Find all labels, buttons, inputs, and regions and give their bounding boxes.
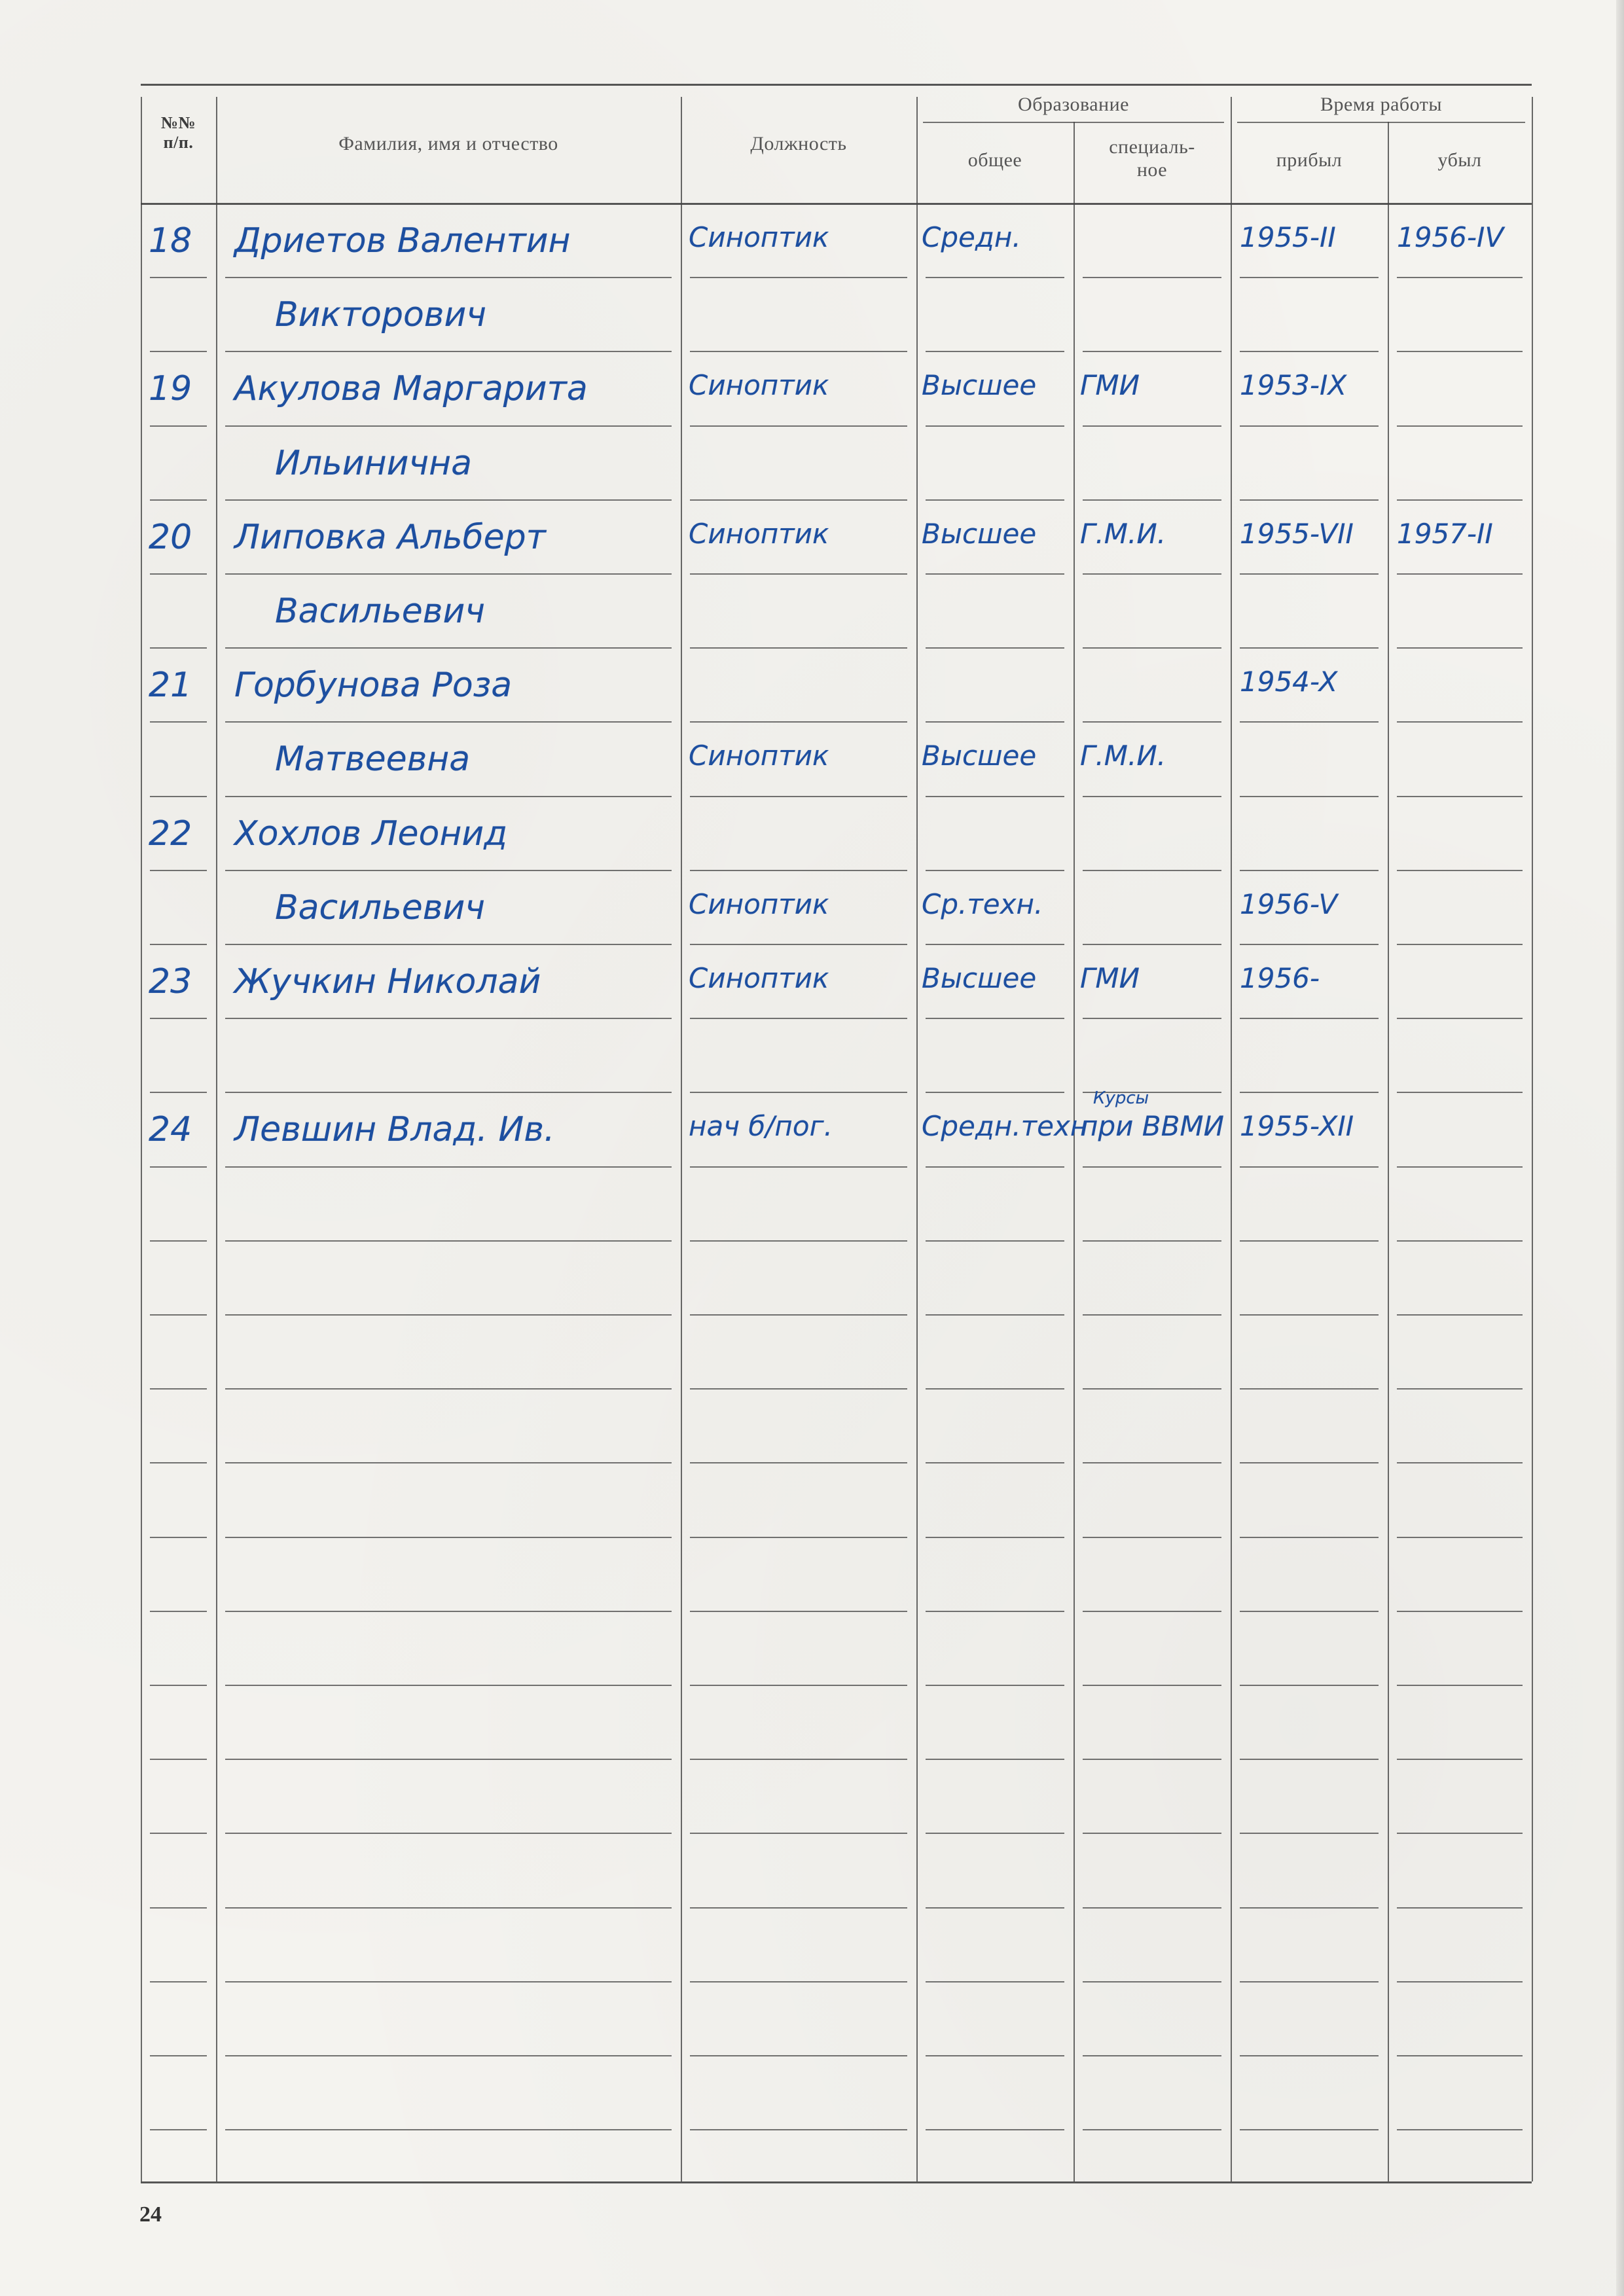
grid-line xyxy=(690,1537,907,1538)
grid-line xyxy=(225,277,672,278)
grid-line xyxy=(1083,1833,1221,1834)
grid-line xyxy=(150,870,207,871)
grid-line xyxy=(225,499,672,501)
grid-line xyxy=(926,796,1064,797)
grid-line xyxy=(1083,870,1221,871)
grid-line xyxy=(1240,1685,1379,1686)
grid-line xyxy=(1083,1759,1221,1760)
grid-line xyxy=(150,1092,207,1093)
entry-arrived: 1955-VII xyxy=(1240,518,1354,550)
grid-line xyxy=(225,2055,672,2056)
grid-line xyxy=(690,1166,907,1168)
grid-line xyxy=(150,1537,207,1538)
grid-line xyxy=(1231,97,1232,2181)
grid-line xyxy=(150,796,207,797)
grid-line xyxy=(1397,1240,1523,1242)
grid-line xyxy=(690,1685,907,1686)
entry-left: 1957-II xyxy=(1397,518,1493,550)
grid-line xyxy=(1240,351,1379,352)
grid-line xyxy=(690,870,907,871)
grid-line xyxy=(225,1166,672,1168)
grid-line xyxy=(1083,277,1221,278)
grid-line xyxy=(225,1092,672,1093)
grid-line xyxy=(150,425,207,427)
entry-number: 24 xyxy=(149,1110,192,1149)
entry-education-special: ГМИ xyxy=(1080,369,1140,401)
header-education-special-line1: специаль- xyxy=(1074,136,1231,159)
grid-line xyxy=(690,1018,907,1019)
grid-line xyxy=(1240,647,1379,649)
grid-line xyxy=(1397,944,1523,945)
grid-line xyxy=(1240,425,1379,427)
entry-left: 1956-IV xyxy=(1397,221,1504,253)
header-arrived: прибыл xyxy=(1231,149,1388,172)
grid-line xyxy=(1397,2055,1523,2056)
grid-line xyxy=(225,573,672,575)
grid-line xyxy=(1240,2129,1379,2130)
grid-line xyxy=(690,1907,907,1909)
grid-line xyxy=(225,2129,672,2130)
entry-position: Синоптик xyxy=(689,888,829,920)
grid-line xyxy=(926,277,1064,278)
entry-number: 19 xyxy=(149,369,192,408)
grid-line xyxy=(926,1240,1064,1242)
entry-arrived: 1953-IX xyxy=(1240,369,1346,401)
entry-number: 21 xyxy=(149,666,192,705)
entry-name: Горбунова Роза xyxy=(234,666,512,705)
entry-education-special: ГМИ xyxy=(1080,962,1140,994)
grid-line xyxy=(926,1685,1064,1686)
grid-line xyxy=(1083,1018,1221,1019)
grid-line xyxy=(1240,1092,1379,1093)
grid-line xyxy=(150,721,207,723)
grid-line xyxy=(926,1833,1064,1834)
grid-line xyxy=(926,2129,1064,2130)
entry-arrived: 1956- xyxy=(1240,962,1320,994)
grid-line xyxy=(1240,277,1379,278)
grid-line xyxy=(1083,425,1221,427)
entry-education-general: Высшее xyxy=(922,740,1036,772)
entry-name-continued: Васильевич xyxy=(275,592,485,631)
grid-line xyxy=(1388,122,1389,2181)
grid-line xyxy=(1240,944,1379,945)
grid-line xyxy=(1397,796,1523,797)
grid-line xyxy=(1083,1611,1221,1612)
grid-line xyxy=(1397,2129,1523,2130)
header-num-line2: п/п. xyxy=(141,133,216,152)
grid-line xyxy=(1237,122,1525,123)
grid-line xyxy=(225,1018,672,1019)
grid-line xyxy=(1397,573,1523,575)
grid-line xyxy=(926,1018,1064,1019)
grid-line xyxy=(690,1092,907,1093)
grid-line xyxy=(690,2129,907,2130)
grid-line xyxy=(1240,499,1379,501)
grid-line xyxy=(150,1388,207,1390)
grid-line xyxy=(1083,499,1221,501)
entry-position: нач б/пог. xyxy=(689,1110,833,1142)
grid-line xyxy=(150,1981,207,1982)
grid-line xyxy=(225,1314,672,1316)
grid-line xyxy=(1240,1759,1379,1760)
grid-line xyxy=(1083,573,1221,575)
grid-line xyxy=(1240,1240,1379,1242)
header-left: убыл xyxy=(1388,149,1532,172)
grid-line xyxy=(1083,1685,1221,1686)
grid-line xyxy=(1240,1166,1379,1168)
page-number: 24 xyxy=(139,2202,162,2227)
grid-line xyxy=(150,1018,207,1019)
grid-line xyxy=(150,647,207,649)
entry-name-continued: Матвеевна xyxy=(275,740,470,779)
grid-line xyxy=(141,203,1532,205)
entry-education-general: Высшее xyxy=(922,369,1036,401)
entry-arrived: 1956-V xyxy=(1240,888,1337,920)
header-position: Должность xyxy=(681,133,916,156)
grid-line xyxy=(1083,944,1221,945)
entry-name: Дриетов Валентин xyxy=(234,221,571,260)
grid-line xyxy=(225,944,672,945)
grid-line xyxy=(150,2055,207,2056)
grid-line xyxy=(1083,647,1221,649)
grid-line xyxy=(926,1981,1064,1982)
grid-line xyxy=(225,1462,672,1463)
grid-line xyxy=(1083,2129,1221,2130)
entry-education-general: Ср.техн. xyxy=(922,888,1043,920)
grid-line xyxy=(926,1388,1064,1390)
grid-line xyxy=(926,944,1064,945)
grid-line xyxy=(1240,1907,1379,1909)
grid-line xyxy=(926,1462,1064,1463)
entry-education-special: Г.М.И. xyxy=(1080,518,1166,550)
grid-line xyxy=(1083,1907,1221,1909)
grid-line xyxy=(1240,1314,1379,1316)
grid-line xyxy=(926,2055,1064,2056)
grid-line xyxy=(1397,1685,1523,1686)
entry-number: 22 xyxy=(149,814,192,853)
entry-name: Акулова Маргарита xyxy=(234,369,588,408)
grid-line xyxy=(225,425,672,427)
entry-arrived: 1955-XII xyxy=(1240,1110,1354,1142)
grid-line xyxy=(225,1759,672,1760)
grid-line xyxy=(225,870,672,871)
grid-line xyxy=(926,573,1064,575)
entry-name-continued: Ильинична xyxy=(275,444,472,483)
entry-education-general: Высшее xyxy=(922,962,1036,994)
grid-line xyxy=(225,721,672,723)
grid-line xyxy=(1397,647,1523,649)
grid-line xyxy=(926,1611,1064,1612)
header-worktime: Время работы xyxy=(1231,94,1532,117)
grid-line xyxy=(690,647,907,649)
grid-line xyxy=(690,1388,907,1390)
grid-line xyxy=(690,499,907,501)
grid-line xyxy=(150,1759,207,1760)
grid-line xyxy=(926,1092,1064,1093)
grid-line xyxy=(690,796,907,797)
entry-name: Хохлов Леонид xyxy=(234,814,507,853)
grid-line xyxy=(141,2181,1532,2183)
grid-line xyxy=(690,277,907,278)
grid-line xyxy=(1083,351,1221,352)
entry-education-special: при ВВМИ xyxy=(1080,1110,1224,1142)
grid-line xyxy=(926,425,1064,427)
grid-line xyxy=(926,1314,1064,1316)
grid-line xyxy=(150,944,207,945)
grid-line xyxy=(225,1907,672,1909)
grid-line xyxy=(1397,425,1523,427)
grid-line xyxy=(1083,1240,1221,1242)
entry-education-special: Г.М.И. xyxy=(1080,740,1166,772)
grid-line xyxy=(1397,1981,1523,1982)
grid-line xyxy=(1240,721,1379,723)
grid-line xyxy=(1240,2055,1379,2056)
grid-line xyxy=(141,97,142,2181)
grid-line xyxy=(225,1833,672,1834)
grid-line xyxy=(1083,1314,1221,1316)
grid-line xyxy=(1397,277,1523,278)
grid-line xyxy=(150,1685,207,1686)
grid-line xyxy=(1240,1018,1379,1019)
entry-position: Синоптик xyxy=(689,518,829,550)
grid-line xyxy=(1240,870,1379,871)
grid-line xyxy=(1397,1537,1523,1538)
grid-line xyxy=(690,1462,907,1463)
grid-line xyxy=(225,1388,672,1390)
grid-line xyxy=(1397,721,1523,723)
grid-line xyxy=(150,1240,207,1242)
grid-line xyxy=(150,573,207,575)
grid-line xyxy=(1083,796,1221,797)
grid-line xyxy=(141,84,1532,86)
grid-line xyxy=(926,1166,1064,1168)
grid-line xyxy=(690,1981,907,1982)
header-education-special: специаль- ное xyxy=(1074,136,1231,181)
header-education: Образование xyxy=(916,94,1231,117)
grid-line xyxy=(690,944,907,945)
grid-line xyxy=(1397,1018,1523,1019)
grid-line xyxy=(690,721,907,723)
grid-line xyxy=(1532,97,1533,2181)
grid-line xyxy=(690,2055,907,2056)
grid-line xyxy=(926,647,1064,649)
grid-line xyxy=(1240,1611,1379,1612)
grid-line xyxy=(150,1907,207,1909)
grid-line xyxy=(150,351,207,352)
grid-line xyxy=(1397,1462,1523,1463)
header-num: №№ п/п. xyxy=(141,113,216,152)
grid-line xyxy=(150,1611,207,1612)
grid-line xyxy=(1397,1092,1523,1093)
grid-line xyxy=(225,796,672,797)
grid-line xyxy=(1083,1166,1221,1168)
entry-position: Синоптик xyxy=(689,221,829,253)
grid-line xyxy=(225,1685,672,1686)
grid-line xyxy=(1240,573,1379,575)
grid-line xyxy=(1240,1981,1379,1982)
grid-line xyxy=(926,351,1064,352)
grid-line xyxy=(1397,1907,1523,1909)
grid-line xyxy=(926,1759,1064,1760)
grid-line xyxy=(926,870,1064,871)
grid-line xyxy=(690,1833,907,1834)
grid-line xyxy=(150,2129,207,2130)
grid-line xyxy=(926,1907,1064,1909)
grid-line xyxy=(690,351,907,352)
grid-line xyxy=(1397,1611,1523,1612)
grid-line xyxy=(225,1981,672,1982)
grid-line xyxy=(1397,351,1523,352)
grid-line xyxy=(225,1611,672,1612)
entry-arrived: 1954-X xyxy=(1240,666,1337,698)
grid-line xyxy=(1240,1388,1379,1390)
grid-line xyxy=(1240,1833,1379,1834)
grid-line xyxy=(1083,1981,1221,1982)
grid-line xyxy=(690,1314,907,1316)
grid-line xyxy=(1397,499,1523,501)
entry-position: Синоптик xyxy=(689,369,829,401)
entry-education-general: Средн.техн xyxy=(922,1110,1088,1142)
grid-line xyxy=(150,277,207,278)
grid-line xyxy=(1397,1759,1523,1760)
grid-line xyxy=(1397,1388,1523,1390)
grid-line xyxy=(1240,796,1379,797)
grid-line xyxy=(1397,1166,1523,1168)
entry-education-general: Высшее xyxy=(922,518,1036,550)
grid-line xyxy=(216,97,217,2181)
grid-line xyxy=(926,721,1064,723)
grid-line xyxy=(1397,1833,1523,1834)
grid-line xyxy=(690,1240,907,1242)
grid-line xyxy=(225,351,672,352)
grid-line xyxy=(1083,1462,1221,1463)
entry-position: Синоптик xyxy=(689,962,829,994)
grid-line xyxy=(150,1166,207,1168)
header-education-general: общее xyxy=(916,149,1074,172)
grid-line xyxy=(1397,870,1523,871)
grid-line xyxy=(1074,122,1075,2181)
grid-line xyxy=(150,1833,207,1834)
grid-line xyxy=(150,499,207,501)
header-num-line1: №№ xyxy=(141,113,216,133)
entry-number: 23 xyxy=(149,962,192,1001)
entry-position: Синоптик xyxy=(689,740,829,772)
page-edge xyxy=(1616,0,1624,2296)
grid-line xyxy=(926,1537,1064,1538)
grid-line xyxy=(690,1759,907,1760)
grid-line xyxy=(690,425,907,427)
grid-line xyxy=(1240,1462,1379,1463)
grid-line xyxy=(926,499,1064,501)
grid-line xyxy=(690,573,907,575)
entry-name-continued: Васильевич xyxy=(275,888,485,927)
grid-line xyxy=(150,1314,207,1316)
entry-arrived: 1955-II xyxy=(1240,221,1336,253)
entry-education-special-note: Курсы xyxy=(1093,1088,1149,1108)
grid-line xyxy=(916,97,918,2181)
entry-number: 20 xyxy=(149,518,192,557)
grid-line xyxy=(225,1537,672,1538)
grid-line xyxy=(150,1462,207,1463)
header-name: Фамилия, имя и отчество xyxy=(216,133,681,156)
entry-name: Липовка Альберт xyxy=(234,518,546,557)
grid-line xyxy=(690,1611,907,1612)
entry-education-general: Средн. xyxy=(922,221,1021,253)
entry-name: Левшин Влад. Ив. xyxy=(234,1110,555,1149)
entry-name-continued: Викторович xyxy=(275,295,486,334)
grid-line xyxy=(225,647,672,649)
entry-number: 18 xyxy=(149,221,192,260)
grid-line xyxy=(1083,2055,1221,2056)
grid-line xyxy=(1397,1314,1523,1316)
grid-line xyxy=(1083,721,1221,723)
grid-line xyxy=(681,97,682,2181)
grid-line xyxy=(225,1240,672,1242)
grid-line xyxy=(1240,1537,1379,1538)
entry-name: Жучкин Николай xyxy=(234,962,541,1001)
grid-line xyxy=(1083,1537,1221,1538)
grid-line xyxy=(1083,1388,1221,1390)
header-education-special-line2: ное xyxy=(1074,159,1231,182)
